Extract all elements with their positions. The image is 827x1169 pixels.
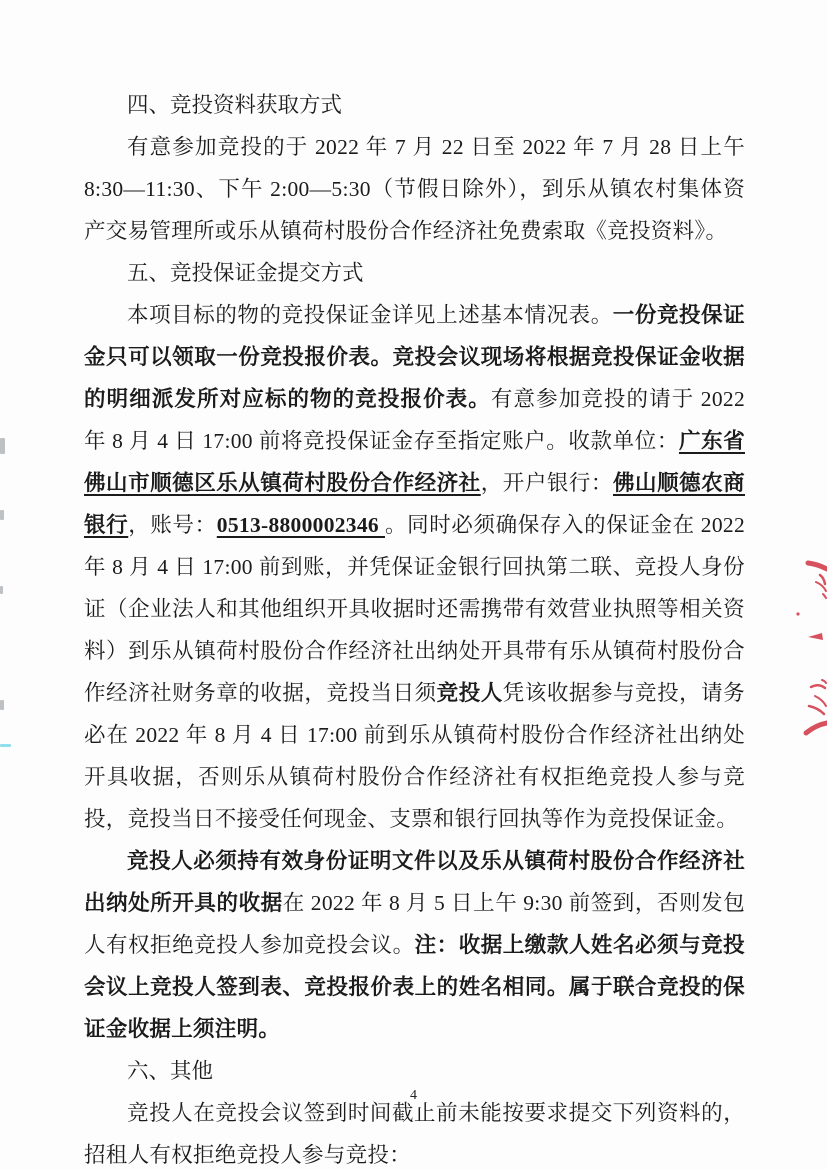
section-heading: 四、竞投资料获取方式 <box>84 84 745 126</box>
paragraph: 有意参加竞投的于 2022 年 7 月 22 日至 2022 年 7 月 28 … <box>84 126 745 252</box>
document-page: 四、竞投资料获取方式有意参加竞投的于 2022 年 7 月 22 日至 2022… <box>0 0 827 1169</box>
left-edge-smudge <box>0 586 3 594</box>
page-number: 4 <box>0 1088 827 1104</box>
text-run: ，开户银行： <box>481 471 613 495</box>
text-run: 竞投人在竞投会议签到时间截止前未能按要求提交下列资料的，招租人有权拒绝竞投人参与… <box>84 1101 745 1167</box>
cyan-edge-mark <box>0 744 11 747</box>
section-heading: 六、其他 <box>84 1050 745 1092</box>
paragraph: 本项目标的物的竞投保证金详见上述基本情况表。一份竞投保证金只可以领取一份竞投报价… <box>84 294 745 840</box>
text-run: 本项目标的物的竞投保证金详见上述基本情况表。 <box>127 303 613 327</box>
paragraph: 竞投人必须持有效身份证明文件以及乐从镇荷村股份合作经济社出纳处所开具的收据在 2… <box>84 840 745 1050</box>
left-edge-smudge <box>0 700 4 710</box>
left-edge-smudge <box>0 438 5 454</box>
document-sections: 四、竞投资料获取方式有意参加竞投的于 2022 年 7 月 22 日至 2022… <box>84 84 745 1169</box>
text-run: ，账号： <box>128 513 217 537</box>
text-run: 竞投人 <box>437 681 503 705</box>
red-seal-marks-icon <box>790 556 827 742</box>
text-run: 。同时必须确保存入的保证金在 2022 年 8 月 4 日 17:00 前到账，… <box>84 513 745 705</box>
section-heading: 五、竞投保证金提交方式 <box>84 252 745 294</box>
text-run: 有意参加竞投的于 2022 年 7 月 22 日至 2022 年 7 月 28 … <box>84 135 745 243</box>
left-edge-smudge <box>0 510 4 520</box>
text-run: 0513-8800002346 <box>217 513 385 537</box>
